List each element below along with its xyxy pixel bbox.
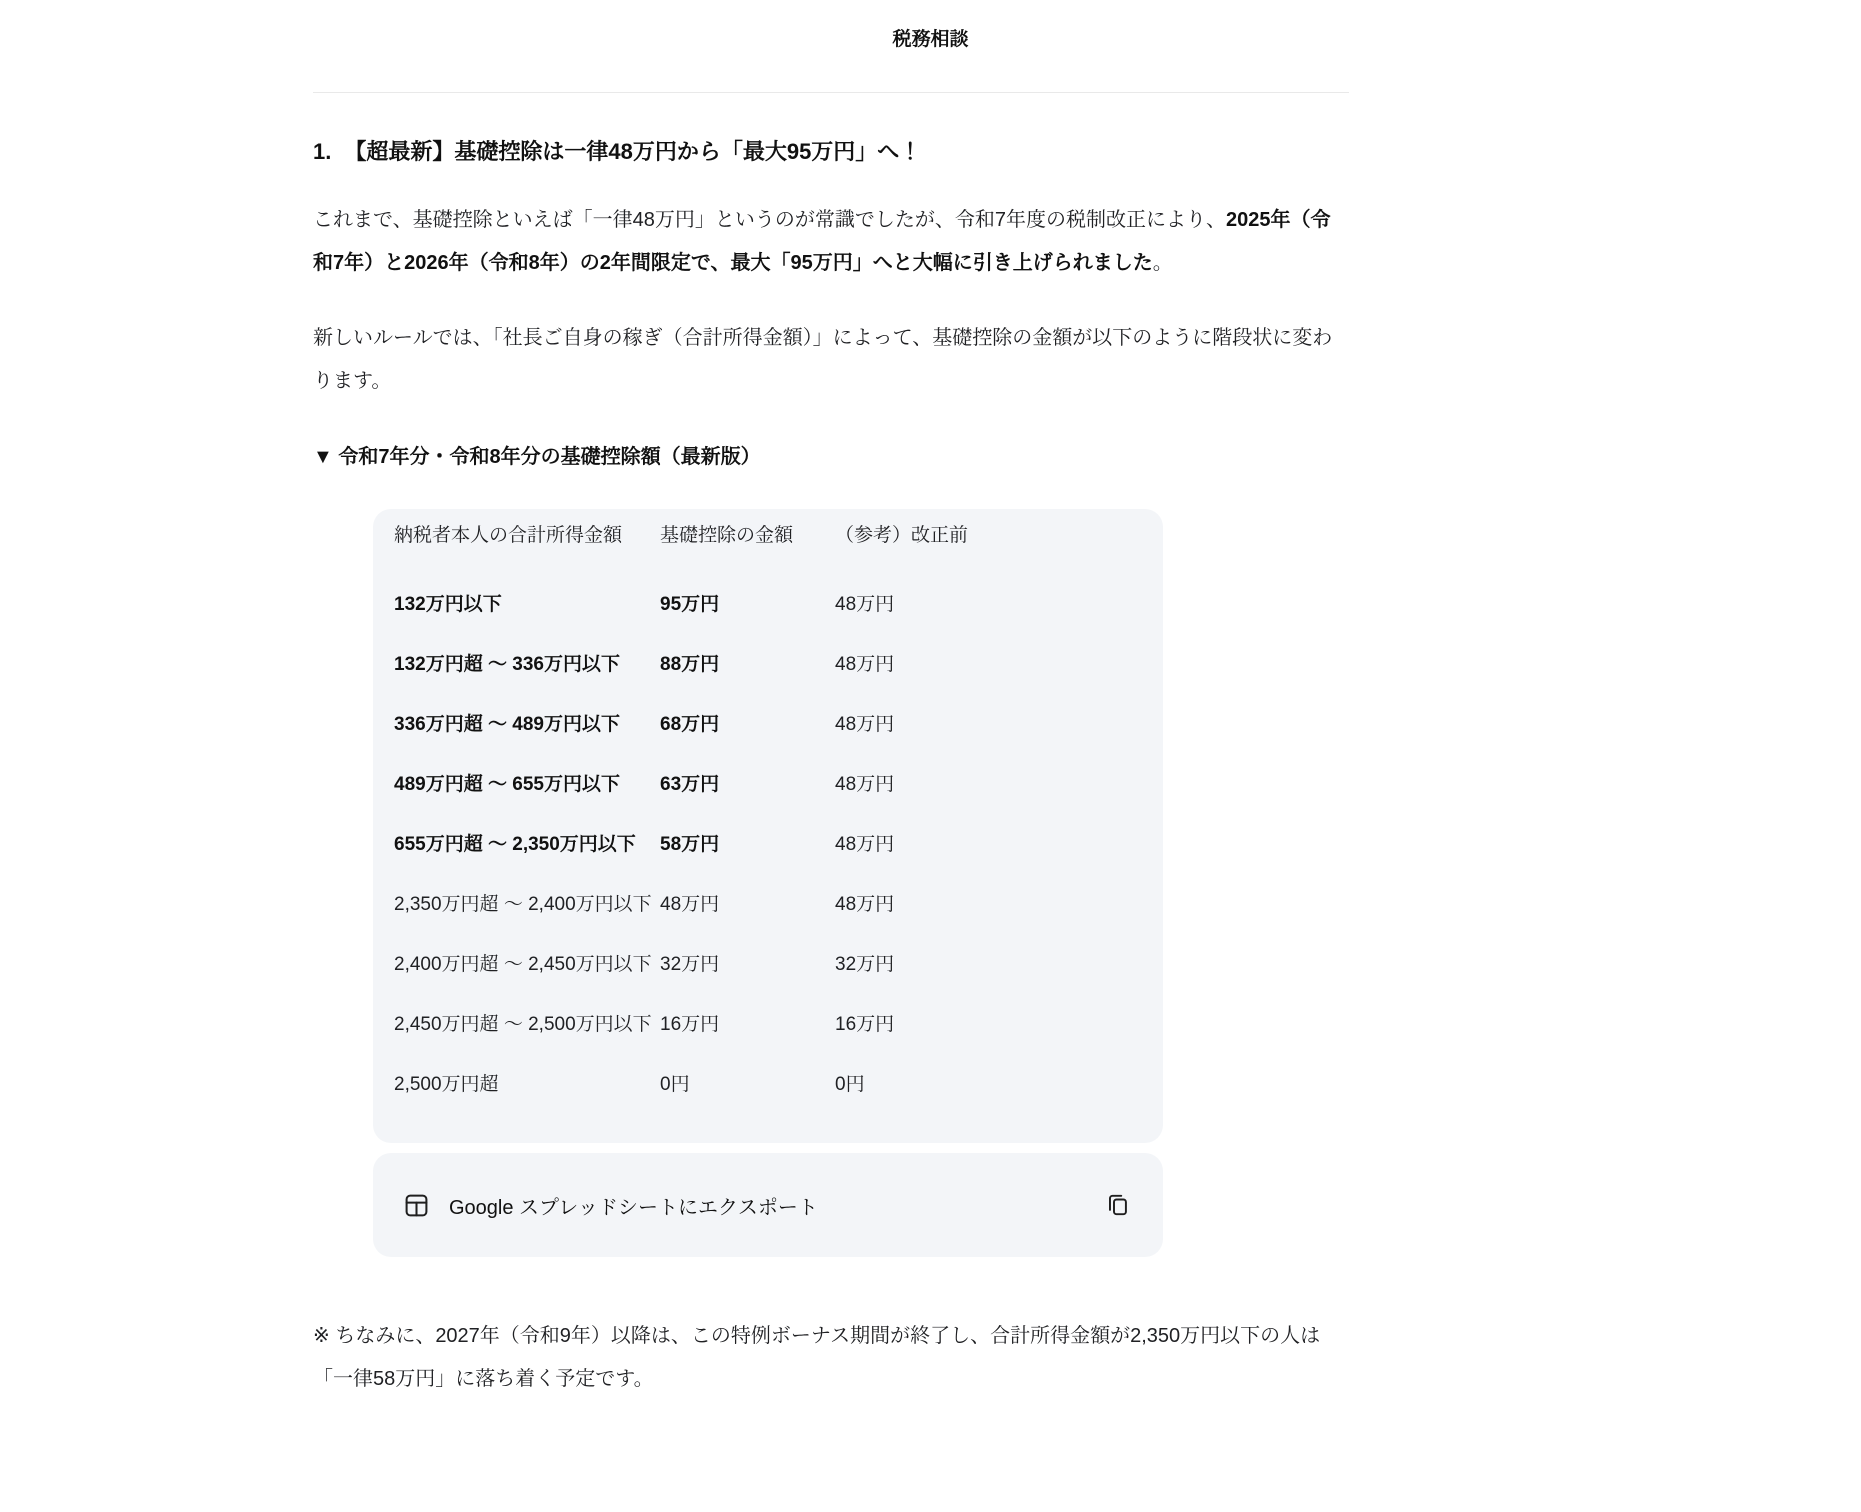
column-header-deduction: 基礎控除の金額: [660, 517, 835, 575]
income-cell: 2,400万円超 ～ 2,450万円以下: [373, 935, 660, 995]
section-heading-text: 【超最新】基礎控除は一律48万円から「最大95万円」へ！: [344, 139, 921, 164]
deduction-cell: 0円: [660, 1055, 835, 1115]
income-cell: 132万円超 ～ 336万円以下: [373, 635, 660, 695]
deduction-cell: 48万円: [660, 875, 835, 935]
table-row: 2,400万円超 ～ 2,450万円以下 32万円 32万円: [373, 935, 1163, 995]
table-row: 2,350万円超 ～ 2,400万円以下 48万円 48万円: [373, 875, 1163, 935]
content-area: 1.【超最新】基礎控除は一律48万円から「最大95万円」へ！ これまで、基礎控除…: [313, 137, 1349, 1401]
export-to-sheets-button[interactable]: Google スプレッドシートにエクスポート: [373, 1153, 1163, 1257]
deduction-cell: 95万円: [660, 575, 835, 635]
table-row: 132万円超 ～ 336万円以下 88万円 48万円: [373, 635, 1163, 695]
footnote: ※ ちなみに、2027年（令和9年）以降は、この特例ボーナス期間が終了し、合計所…: [313, 1315, 1349, 1401]
paragraph-1-tail: 。: [1153, 252, 1173, 274]
paragraph-1-lead: これまで、基礎控除といえば「一律48万円」というのが常識でしたが、令和7年度の税…: [313, 209, 1226, 231]
table-row: 655万円超 ～ 2,350万円以下 58万円 48万円: [373, 815, 1163, 875]
table-row: 2,500万円超 0円 0円: [373, 1055, 1163, 1115]
divider: [313, 92, 1349, 93]
column-header-before: （参考）改正前: [835, 517, 1163, 575]
table-heading: ▼ 令和7年分・令和8年分の基礎控除額（最新版）: [313, 443, 1349, 471]
income-cell: 132万円以下: [373, 575, 660, 635]
income-cell: 2,500万円超: [373, 1055, 660, 1115]
deduction-cell: 16万円: [660, 995, 835, 1055]
income-cell: 489万円超 ～ 655万円以下: [373, 755, 660, 815]
income-cell: 336万円超 ～ 489万円以下: [373, 695, 660, 755]
section-number: 1.: [313, 139, 331, 164]
footnote-text: ※ ちなみに、2027年（令和9年）以降は、この特例ボーナス期間が終了し、合計所…: [313, 1325, 1320, 1390]
deduction-cell: 58万円: [660, 815, 835, 875]
table-row: 489万円超 ～ 655万円以下 63万円 48万円: [373, 755, 1163, 815]
before-cell: 48万円: [835, 875, 1163, 935]
table-row: 132万円以下 95万円 48万円: [373, 575, 1163, 635]
section-heading: 1.【超最新】基礎控除は一律48万円から「最大95万円」へ！: [313, 137, 1349, 167]
spreadsheet-table-icon: [403, 1192, 430, 1219]
deduction-table-panel: 納税者本人の合計所得金額 基礎控除の金額 （参考）改正前 132万円以下 95万…: [373, 509, 1163, 1143]
paragraph-2: 新しいルールでは、「社長ご自身の稼ぎ（合計所得金額）」によって、基礎控除の金額が…: [313, 317, 1349, 403]
before-cell: 48万円: [835, 815, 1163, 875]
before-cell: 48万円: [835, 575, 1163, 635]
deduction-cell: 88万円: [660, 635, 835, 695]
income-cell: 655万円超 ～ 2,350万円以下: [373, 815, 660, 875]
before-cell: 0円: [835, 1055, 1163, 1115]
deduction-cell: 32万円: [660, 935, 835, 995]
table-row: 2,450万円超 ～ 2,500万円以下 16万円 16万円: [373, 995, 1163, 1055]
paragraph-2-text: 新しいルールでは、「社長ご自身の稼ぎ（合計所得金額）」によって、基礎控除の金額が…: [313, 327, 1332, 392]
table-row: 336万円超 ～ 489万円以下 68万円 48万円: [373, 695, 1163, 755]
copy-table-button[interactable]: [1105, 1192, 1131, 1218]
deduction-table: 納税者本人の合計所得金額 基礎控除の金額 （参考）改正前 132万円以下 95万…: [373, 517, 1163, 1115]
paragraph-1: これまで、基礎控除といえば「一律48万円」というのが常識でしたが、令和7年度の税…: [313, 199, 1349, 285]
export-label: Google スプレッドシートにエクスポート: [449, 1191, 818, 1220]
deduction-cell: 68万円: [660, 695, 835, 755]
income-cell: 2,350万円超 ～ 2,400万円以下: [373, 875, 660, 935]
copy-icon: [1105, 1192, 1131, 1218]
deduction-cell: 63万円: [660, 755, 835, 815]
before-cell: 16万円: [835, 995, 1163, 1055]
before-cell: 48万円: [835, 635, 1163, 695]
table-header-row: 納税者本人の合計所得金額 基礎控除の金額 （参考）改正前: [373, 517, 1163, 575]
column-header-income: 納税者本人の合計所得金額: [373, 517, 660, 575]
income-cell: 2,450万円超 ～ 2,500万円以下: [373, 995, 660, 1055]
page-title: 税務相談: [0, 0, 1861, 51]
before-cell: 32万円: [835, 935, 1163, 995]
before-cell: 48万円: [835, 755, 1163, 815]
before-cell: 48万円: [835, 695, 1163, 755]
